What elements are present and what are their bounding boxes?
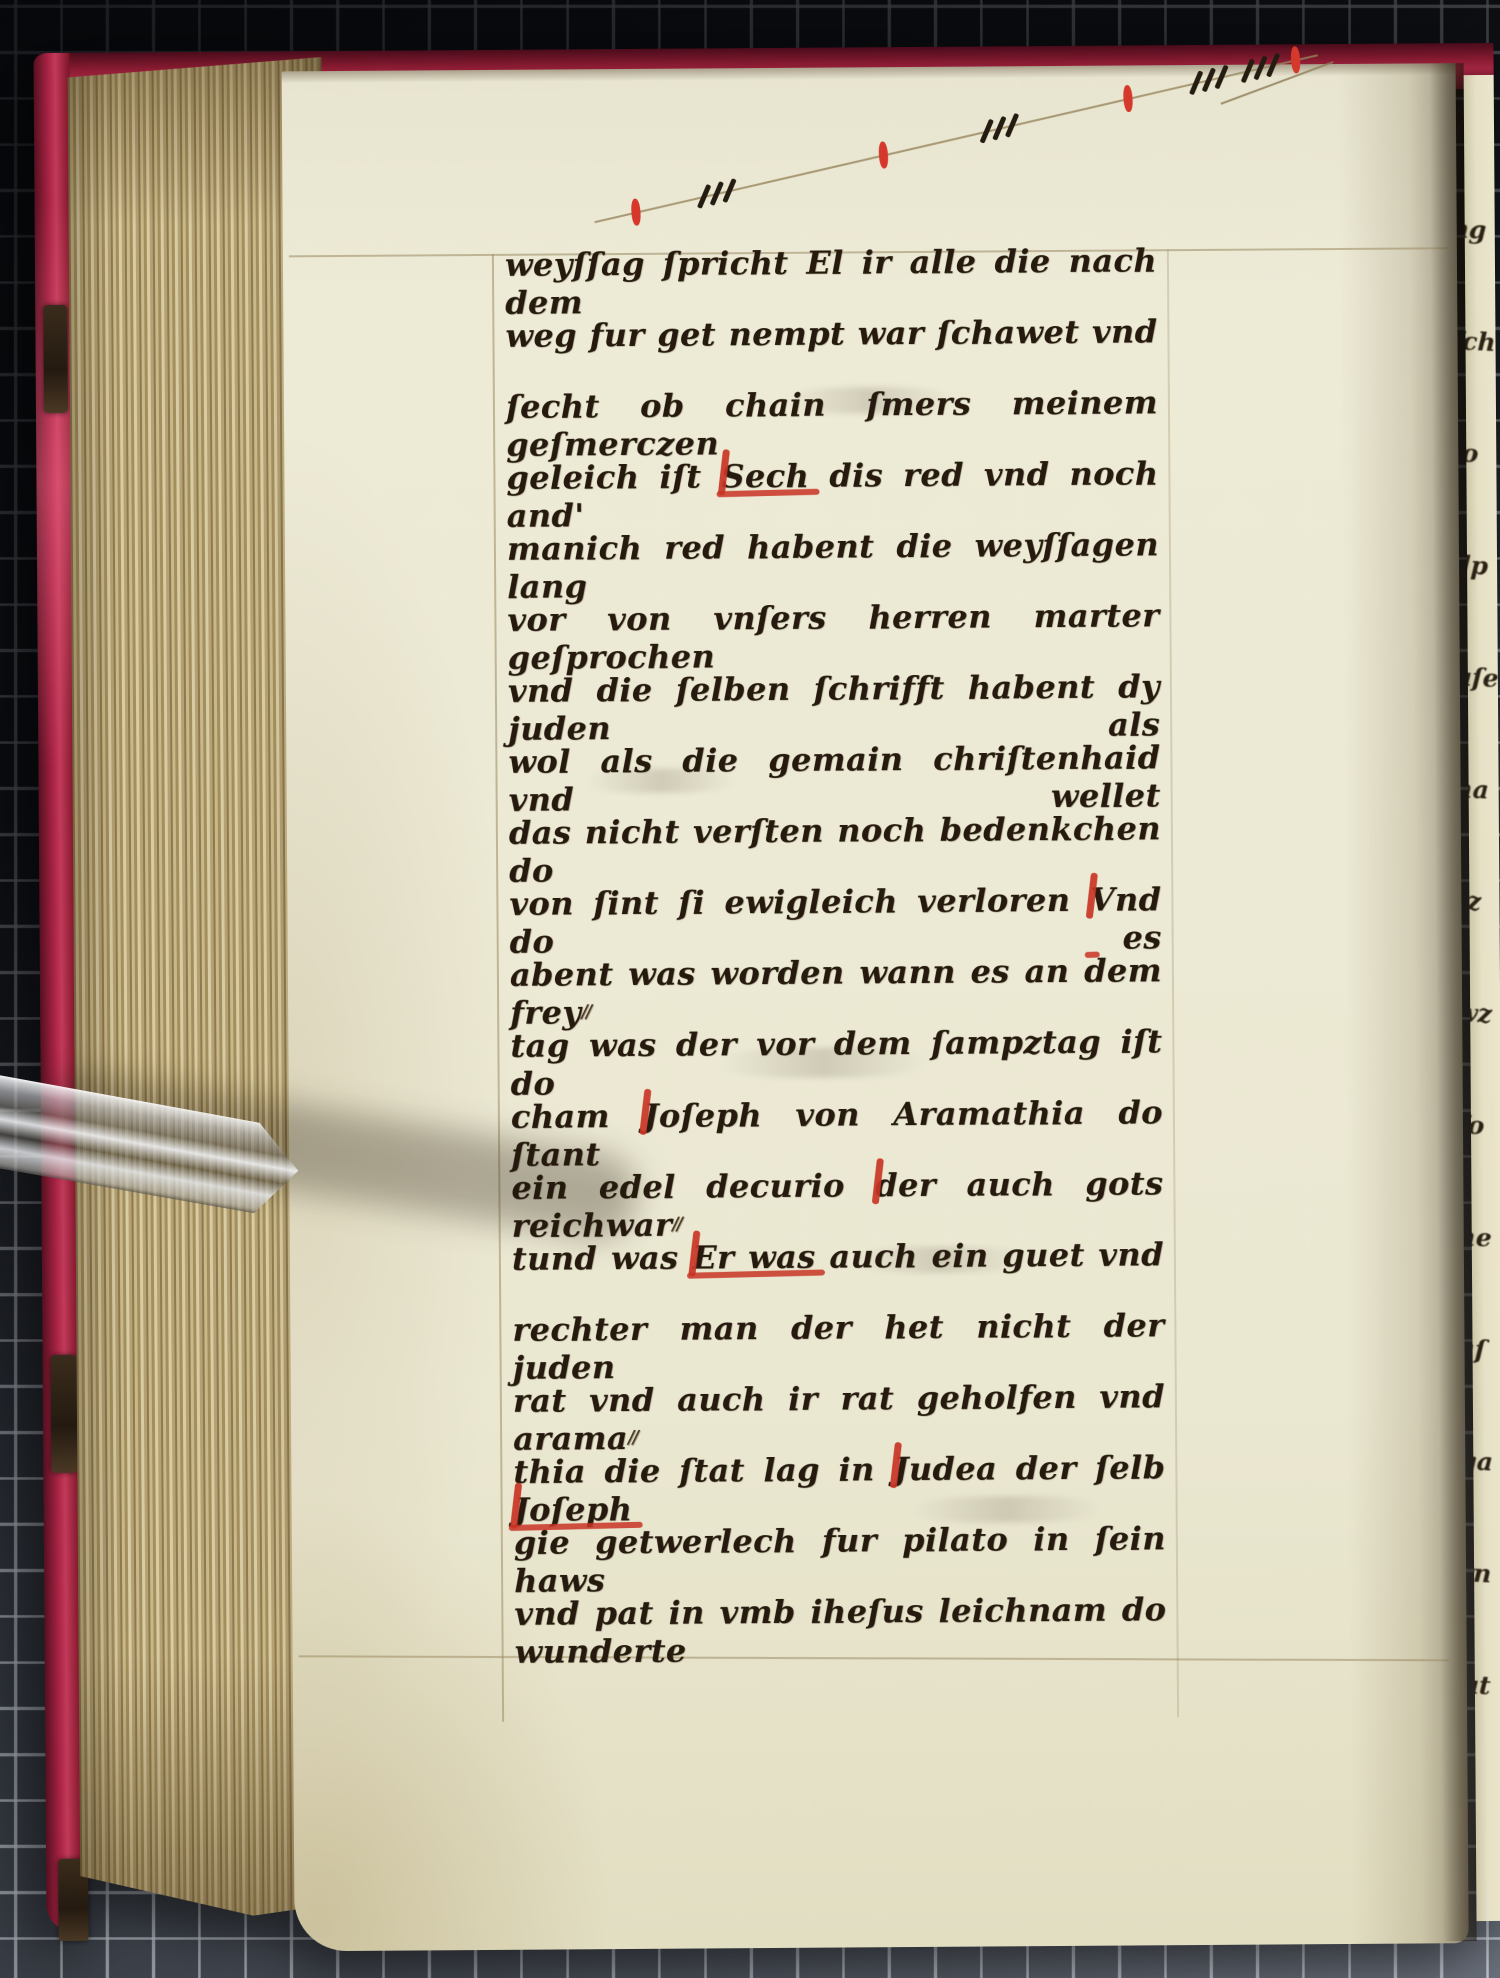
manuscript-line: wol als die gemain chriſtenhaid vnd well… — [508, 738, 1160, 814]
line-text: rechter man der het nicht der juden — [512, 1306, 1164, 1387]
line-text: geleich iſt — [506, 457, 721, 496]
facing-page-text-fragment: uſe — [1464, 662, 1499, 693]
manuscript-line: rat vnd auch ir rat geholfen vnd arama// — [513, 1377, 1165, 1453]
facing-page-text-fragment: tz — [1464, 886, 1500, 917]
manuscript-line: weyſſag ſpricht El ir alle die nach dem — [505, 241, 1157, 317]
manuscript-line: das nicht verſten noch bedenkchen do — [509, 809, 1161, 885]
manuscript-line: rechter man der het nicht der juden — [512, 1306, 1164, 1382]
manuscript-line: tag was der vor dem ſampztag iſt do — [510, 1022, 1162, 1098]
line-text: rat vnd auch ir rat geholfen vnd arama — [513, 1377, 1165, 1458]
rubricated-word: der — [875, 1166, 936, 1204]
line-text: cham — [511, 1097, 644, 1136]
ruling-vertical-right — [1167, 249, 1179, 1717]
manuscript-line: thia die ſtat lag in Judea der ſelb Joſe… — [513, 1448, 1165, 1524]
rubricated-word: Er was — [692, 1238, 816, 1277]
line-text: abent was worden wann es an dem frey — [510, 951, 1162, 1032]
line-text: wol als die gemain chriſtenhaid vnd well… — [508, 738, 1161, 819]
manuscript-line: abent was worden wann es an dem frey// — [510, 951, 1162, 1027]
line-text: das nicht verſten noch bedenkchen do — [509, 809, 1161, 890]
line-text: weyſſag ſpricht El ir alle die nach dem — [505, 241, 1157, 322]
manuscript-line: geleich iſt Sech dis red vnd noch and' — [506, 454, 1158, 530]
manuscript-page: weyſſag ſpricht El ir alle die nach demw… — [282, 63, 1469, 1951]
line-text: tund was — [512, 1239, 693, 1278]
facing-page-text-fragment: dp — [1464, 550, 1498, 581]
manuscript-line: vnd pat in vmb iheſus leichnam do wunder… — [514, 1590, 1166, 1666]
rubricated-word: Sech — [721, 457, 809, 496]
red-quill-mark — [878, 141, 889, 169]
line-text: vnd pat in vmb iheſus leichnam do wunder… — [514, 1590, 1166, 1671]
rubricated-word: Joſeph — [514, 1490, 633, 1529]
red-quill-mark — [631, 198, 642, 226]
manuscript-photo-scene: weyſſag ſpricht El ir alle die nach demw… — [0, 0, 1500, 1978]
line-text: tag was der vor dem ſampztag iſt do — [510, 1022, 1162, 1103]
manuscript-line: vor von vnſers herren marter geſprochen — [507, 596, 1159, 672]
hyphen-mark: // — [628, 1427, 637, 1448]
hyphen-mark: // — [672, 1214, 681, 1235]
manuscript-line: ſecht ob chain ſmers meinem geſmerczen — [506, 383, 1158, 459]
line-text: weg fur get nempt war ſchawet vnd — [505, 312, 1157, 355]
open-book: weyſſag ſpricht El ir alle die nach demw… — [33, 33, 1500, 1943]
line-text: manich red habent die weyſſagen lang — [507, 525, 1159, 606]
manuscript-line: gie getwerlech fur pilato in ſein haws — [514, 1519, 1166, 1595]
rubricated-word: Joſeph — [643, 1096, 762, 1135]
facing-page-text-fragment: ng — [1464, 214, 1496, 245]
line-text: der ſelb — [997, 1448, 1165, 1487]
rubricated-word: Judea — [893, 1449, 997, 1488]
manuscript-line: manich red habent die weyſſagen lang — [507, 525, 1159, 601]
line-text: auch ein guet vnd — [815, 1235, 1164, 1275]
text-block: weyſſag ſpricht El ir alle die nach demw… — [505, 241, 1167, 1666]
clasp-fitting — [51, 1355, 78, 1473]
red-quill-mark — [1290, 46, 1301, 74]
line-text: thia die ſtat lag in — [513, 1450, 893, 1491]
line-text: vnd die ſelben ſchrifft habent dy juden … — [508, 667, 1161, 748]
ruling-vertical-left — [492, 254, 504, 1722]
manuscript-line: vnd die ſelben ſchrifft habent dy juden … — [508, 667, 1160, 743]
manuscript-line: tund was Er was auch ein guet vnd — [512, 1235, 1164, 1311]
clasp-fitting — [43, 305, 68, 413]
red-quill-mark — [1123, 85, 1134, 113]
line-text: gie getwerlech fur pilato in ſein haws — [514, 1519, 1166, 1600]
hyphen-mark: // — [581, 1001, 590, 1022]
line-text: ſecht ob chain ſmers meinem geſmerczen — [506, 383, 1158, 464]
manuscript-line: weg fur get nempt war ſchawet vnd — [505, 312, 1157, 388]
facing-page-text-fragment: ha — [1464, 774, 1500, 805]
facing-page-text-fragment: lo — [1464, 438, 1497, 469]
manuscript-line: von ſint ſi ewigleich verloren Vnd do es — [509, 880, 1161, 956]
line-text: vor von vnſers herren marter geſprochen — [507, 596, 1159, 677]
facing-page-text-fragment: ſch — [1464, 326, 1496, 357]
line-text: von ſint ſi ewigleich verloren — [509, 881, 1090, 923]
